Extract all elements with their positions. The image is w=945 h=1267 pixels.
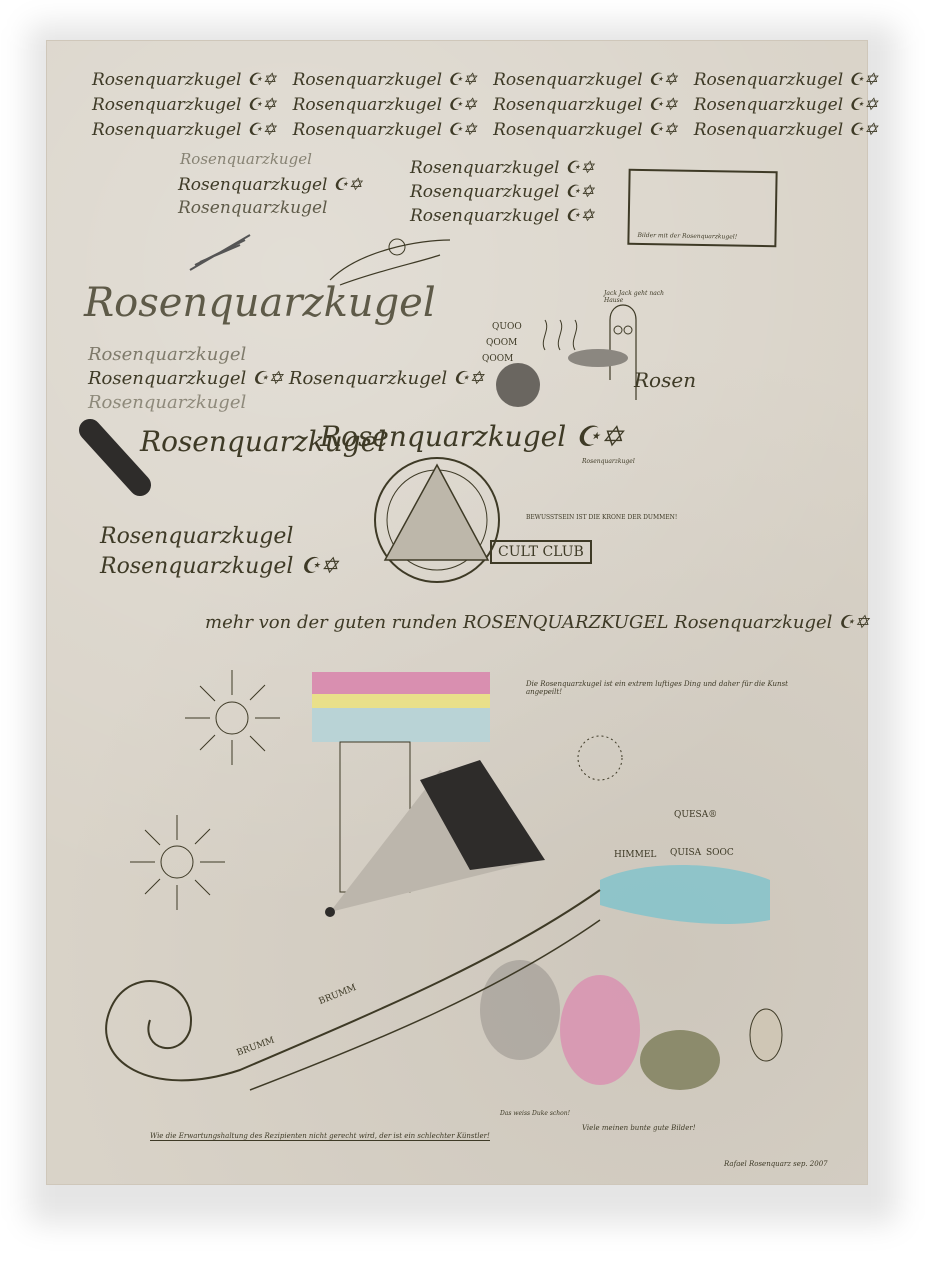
drawings-layer [0,0,945,1267]
